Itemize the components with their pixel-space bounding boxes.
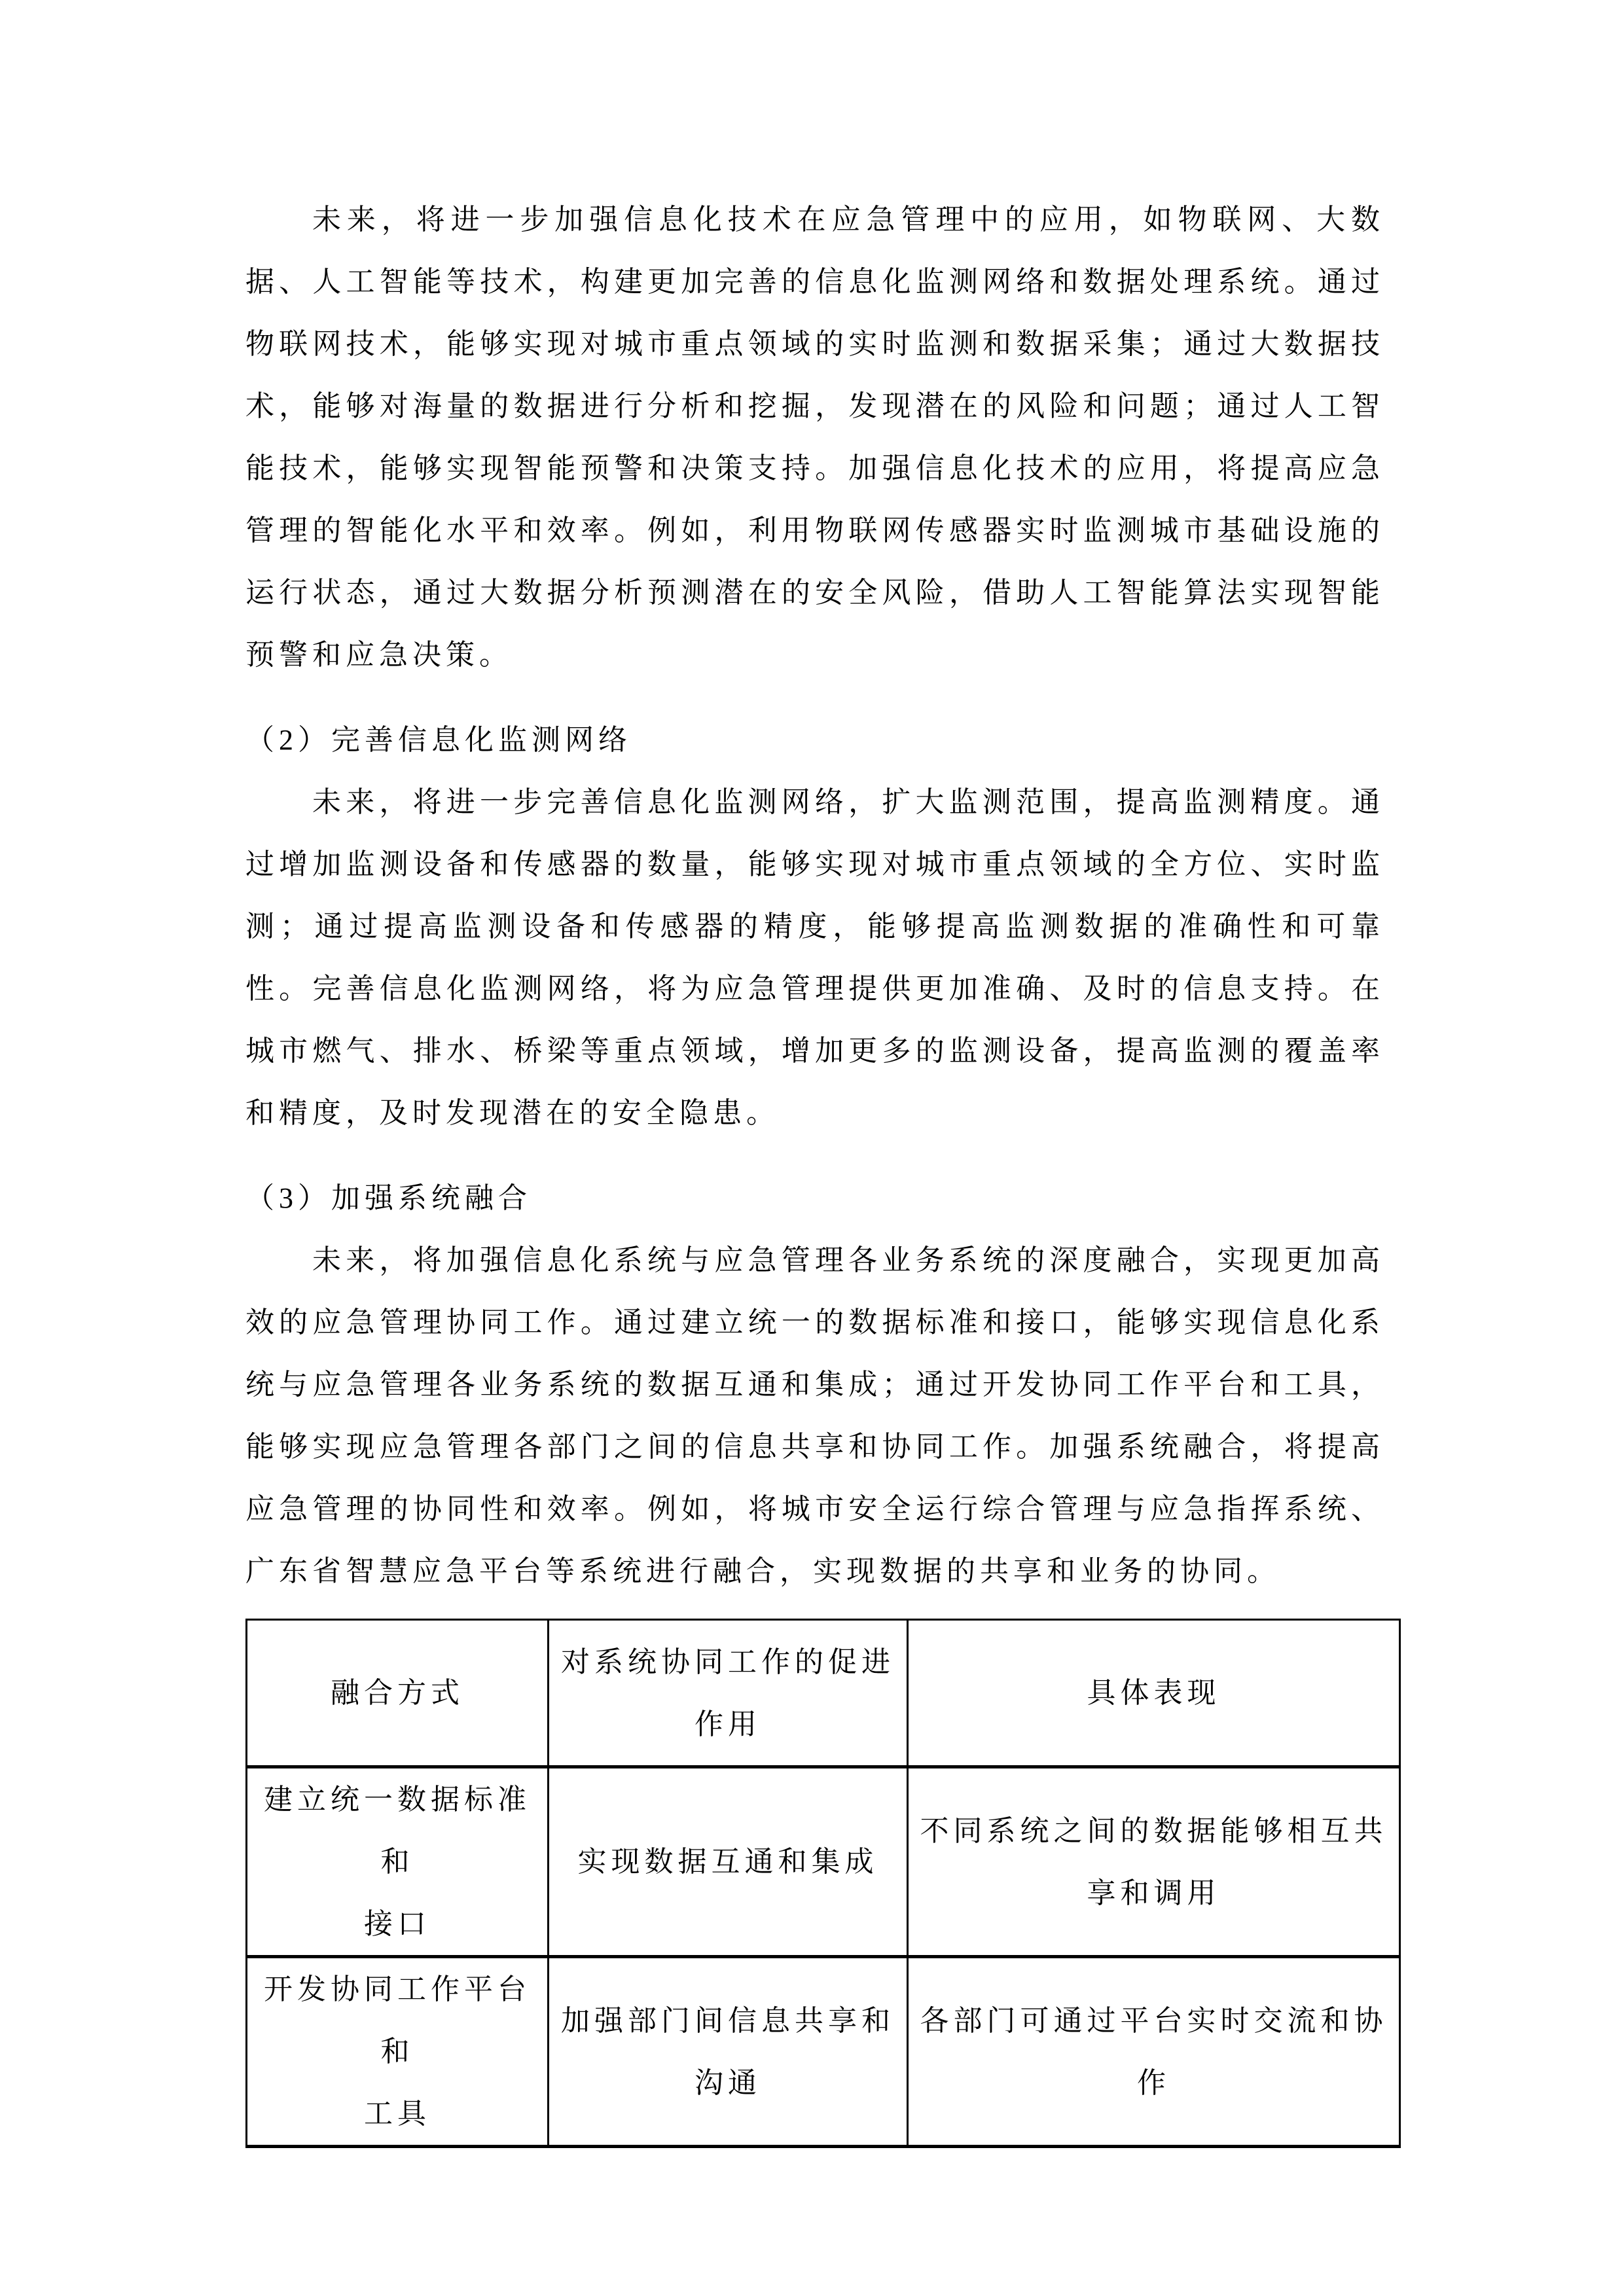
paragraph-line: 未来，将进一步完善信息化监测网络，扩大监测范围，提高监测精度。通 [245, 771, 1384, 833]
table-cell: 加强部门间信息共享和 沟通 [549, 1957, 908, 2147]
document-body: 未来，将进一步加强信息化技术在应急管理中的应用，如物联网、大数 据、人工智能等技… [245, 188, 1384, 2148]
paragraph-line: 城市燃气、排水、桥梁等重点领域，增加更多的监测设备，提高监测的覆盖率 [245, 1020, 1384, 1082]
table-header-cell: 对系统协同工作的促进 作用 [549, 1620, 908, 1767]
paragraph-line: 广东省智慧应急平台等系统进行融合，实现数据的共享和业务的协同。 [245, 1540, 1384, 1602]
paragraph-line: 能技术，能够实现智能预警和决策支持。加强信息化技术的应用，将提高应急 [245, 437, 1384, 499]
paragraph-line: 术，能够对海量的数据进行分析和挖掘，发现潜在的风险和问题；通过人工智 [245, 375, 1384, 437]
table-cell: 建立统一数据标准和 接口 [247, 1767, 549, 1957]
intro-paragraph: 未来，将进一步加强信息化技术在应急管理中的应用，如物联网、大数 据、人工智能等技… [245, 188, 1384, 686]
section-heading-2: （2）完善信息化监测网络 [245, 709, 1384, 771]
paragraph-line: 据、人工智能等技术，构建更加完善的信息化监测网络和数据处理系统。通过 [245, 251, 1384, 313]
paragraph-line: 未来，将加强信息化系统与应急管理各业务系统的深度融合，实现更加高 [245, 1229, 1384, 1291]
table-header-cell: 融合方式 [247, 1620, 549, 1767]
section-3-paragraph: 未来，将加强信息化系统与应急管理各业务系统的深度融合，实现更加高 效的应急管理协… [245, 1229, 1384, 1602]
table-row: 开发协同工作平台和 工具 加强部门间信息共享和 沟通 各部门可通过平台实时交流和… [247, 1957, 1400, 2147]
section-2-paragraph: 未来，将进一步完善信息化监测网络，扩大监测范围，提高监测精度。通 过增加监测设备… [245, 771, 1384, 1144]
table-cell: 开发协同工作平台和 工具 [247, 1957, 549, 2147]
paragraph-line: 预警和应急决策。 [245, 624, 1384, 686]
paragraph-line: 性。完善信息化监测网络，将为应急管理提供更加准确、及时的信息支持。在 [245, 958, 1384, 1020]
paragraph-line: 应急管理的协同性和效率。例如，将城市安全运行综合管理与应急指挥系统、 [245, 1478, 1384, 1540]
paragraph-line: 运行状态，通过大数据分析预测潜在的安全风险，借助人工智能算法实现智能 [245, 562, 1384, 624]
table-header-cell: 具体表现 [908, 1620, 1400, 1767]
table-header-row: 融合方式 对系统协同工作的促进 作用 具体表现 [247, 1620, 1400, 1767]
paragraph-line: 统与应急管理各业务系统的数据互通和集成；通过开发协同工作平台和工具， [245, 1354, 1384, 1416]
paragraph-line: 和精度，及时发现潜在的安全隐患。 [245, 1082, 1384, 1144]
table-row: 建立统一数据标准和 接口 实现数据互通和集成 不同系统之间的数据能够相互共 享和… [247, 1767, 1400, 1957]
paragraph-line: 能够实现应急管理各部门之间的信息共享和协同工作。加强系统融合，将提高 [245, 1416, 1384, 1478]
paragraph-line: 物联网技术，能够实现对城市重点领域的实时监测和数据采集；通过大数据技 [245, 313, 1384, 375]
paragraph-line: 效的应急管理协同工作。通过建立统一的数据标准和接口，能够实现信息化系 [245, 1291, 1384, 1354]
paragraph-line: 过增加监测设备和传感器的数量，能够实现对城市重点领域的全方位、实时监 [245, 833, 1384, 895]
paragraph-line: 未来，将进一步加强信息化技术在应急管理中的应用，如物联网、大数 [245, 188, 1384, 251]
table-cell: 各部门可通过平台实时交流和协 作 [908, 1957, 1400, 2147]
paragraph-line: 管理的智能化水平和效率。例如，利用物联网传感器实时监测城市基础设施的 [245, 499, 1384, 562]
fusion-table: 融合方式 对系统协同工作的促进 作用 具体表现 建立统一数据标准和 接口 实现数… [245, 1619, 1401, 2148]
paragraph-line: 测；通过提高监测设备和传感器的精度，能够提高监测数据的准确性和可靠 [245, 895, 1384, 958]
section-heading-3: （3）加强系统融合 [245, 1167, 1384, 1229]
table-cell: 不同系统之间的数据能够相互共 享和调用 [908, 1767, 1400, 1957]
document-page: 未来，将进一步加强信息化技术在应急管理中的应用，如物联网、大数 据、人工智能等技… [0, 0, 1624, 2296]
table-cell: 实现数据互通和集成 [549, 1767, 908, 1957]
